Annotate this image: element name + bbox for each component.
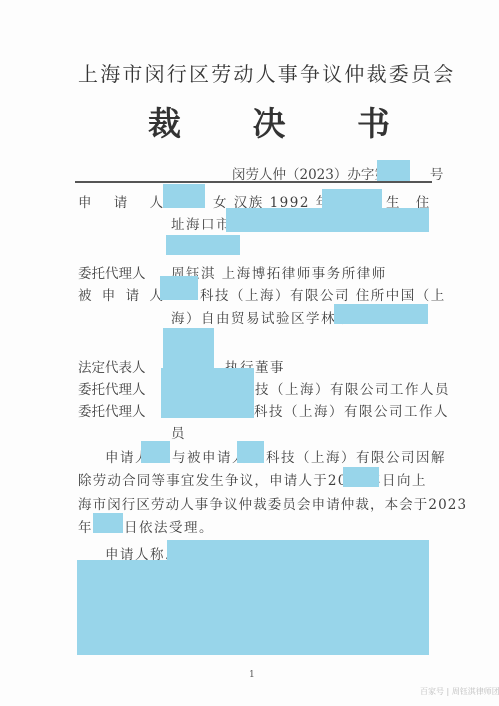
para1-line2: 除劳动合同等事宜发生争议，申请人于2023年 [78, 469, 382, 489]
redaction-claims [167, 540, 429, 562]
para1-line3: 海市闵行区劳动人事争议仲裁委员会申请仲裁，本会于2023 [78, 493, 467, 513]
respondent-agent-2-wrap: 员 [171, 422, 186, 442]
respondent-company: 科技（上海）有限公司 住所中国（上 [200, 284, 446, 304]
watermark: 百家号 | 周钰淇律师团 [420, 686, 499, 697]
redaction-applicant-name [163, 184, 205, 208]
redaction-para1-applicant [141, 441, 170, 463]
case-number: 闵劳人仲（2023）办字第号 [232, 163, 443, 183]
redaction-respondent-name [160, 276, 198, 300]
para1-company: 科技（上海）有限公司因解 [266, 446, 446, 466]
redaction-para1-respondent [237, 441, 264, 463]
applicant-agent-value: 周钰淇 上海博拓律师事务所律师 [171, 262, 387, 282]
applicant-agent-label: 委托代理人 [78, 262, 146, 282]
redaction-respondent-agents [161, 368, 254, 418]
para1-line2-end: 日向上 [382, 469, 427, 489]
para1-line4-year: 年 [78, 516, 93, 536]
redaction-claims-body [77, 560, 429, 655]
respondent-agent-2-label: 委托代理人 [78, 400, 146, 420]
redaction-applicant-address [226, 208, 429, 232]
divider-line [75, 181, 432, 183]
respondent-agent-1-value: 技（上海）有限公司工作人员 [255, 378, 450, 398]
legal-rep-label: 法定代表人 [78, 356, 146, 376]
redaction-accept-date [93, 513, 123, 533]
respondent-label: 被 申 请 人 [78, 284, 166, 304]
applicant-address: 址海口市 [171, 213, 231, 233]
respondent-agent-1-label: 委托代理人 [78, 378, 146, 398]
redaction-application-date [343, 467, 379, 487]
respondent-agent-2-value: 科技（上海）有限公司工作人 [254, 400, 449, 420]
respondent-address: 海）自由贸易试验区学林路 [171, 307, 351, 327]
page-number: 1 [249, 670, 255, 680]
organization-name: 上海市闵行区劳动人事争议仲裁委员会 [78, 58, 455, 87]
applicant-label: 申 请 人 [78, 191, 172, 211]
redaction-case-number [377, 160, 410, 182]
para1-line4-end: 日依法受理。 [124, 516, 214, 536]
document-title: 裁 决 书 [148, 98, 420, 145]
redaction-applicant-address-2 [166, 235, 240, 255]
redaction-respondent-address [334, 304, 428, 324]
para1-respondent: 与被申请人 [172, 446, 247, 466]
